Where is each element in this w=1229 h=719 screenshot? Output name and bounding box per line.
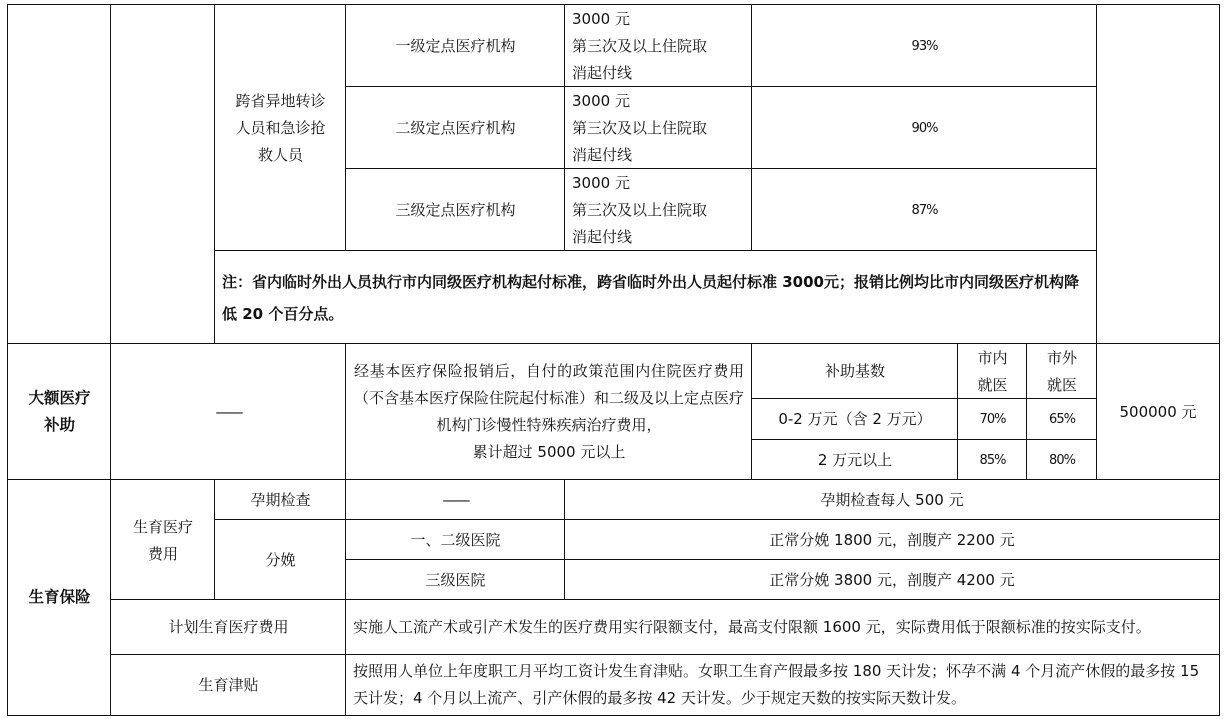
ratio-level-3: 87% [751, 168, 1098, 252]
institution-level-3: 三级定点医疗机构 [345, 168, 566, 252]
institution-level-1: 一级定点医疗机构 [345, 4, 566, 88]
base-row-2: 2 万元以上 [751, 439, 959, 481]
delivery-level-2: 三级医院 [345, 559, 566, 601]
limit-cell-empty [1096, 4, 1220, 345]
family-planning-value: 实施人工流产术或引产术发生的医疗费用实行限额支付，最高支付限额 1600 元，实… [345, 599, 1220, 656]
institution-level-2: 二级定点医疗机构 [345, 86, 566, 170]
delivery-label: 分娩 [214, 519, 347, 601]
in-city-row-1: 70% [957, 398, 1028, 441]
major-medical-sub: —— [110, 343, 347, 481]
note-cell: 注：省内临时外出人员执行市内同级医疗机构起付标准，跨省临时外出人员起付标准 30… [214, 250, 1098, 345]
prenatal-value: 孕期检查每人 500 元 [564, 479, 1220, 521]
base-header: 补助基数 [751, 343, 959, 400]
delivery-value-2: 正常分娩 3800 元，剖腹产 4200 元 [564, 559, 1220, 601]
delivery-value-1: 正常分娩 1800 元，剖腹产 2200 元 [564, 519, 1220, 561]
allowance-value: 按照用人单位上年度职工月平均工资计发生育津贴。女职工生育产假最多按 180 天计… [345, 654, 1220, 716]
threshold-level-1: 3000 元 第三次及以上住院取 消起付线 [564, 4, 753, 88]
base-row-1: 0-2 万元（含 2 万元） [751, 398, 959, 441]
ratio-level-1: 93% [751, 4, 1098, 88]
threshold-level-2: 3000 元 第三次及以上住院取 消起付线 [564, 86, 753, 170]
threshold-level-3: 3000 元 第三次及以上住院取 消起付线 [564, 168, 753, 252]
out-city-header: 市外 就医 [1026, 343, 1098, 400]
allowance-label: 生育津贴 [110, 654, 347, 716]
out-city-row-1: 65% [1026, 398, 1098, 441]
maternity-medical-cost-label: 生育医疗 费用 [110, 479, 216, 601]
delivery-level-1: 一、二级医院 [345, 519, 566, 561]
prenatal-level: —— [345, 479, 566, 521]
major-medical-condition-text: 经基本医疗保险报销后，自付的政策范围内住院医疗费用（不含基本医疗保险住院起付标准… [354, 358, 744, 466]
in-city-row-2: 85% [957, 439, 1028, 481]
major-medical-category: 大额医疗 补助 [7, 343, 112, 481]
family-planning-label: 计划生育医疗费用 [110, 599, 347, 656]
ratio-level-2: 90% [751, 86, 1098, 170]
category-cell-empty [7, 4, 112, 345]
major-medical-limit: 500000 元 [1096, 343, 1220, 481]
out-city-row-2: 80% [1026, 439, 1098, 481]
major-medical-condition: 经基本医疗保险报销后，自付的政策范围内住院医疗费用（不含基本医疗保险住院起付标准… [345, 343, 753, 481]
maternity-category: 生育保险 [7, 479, 112, 716]
in-city-header: 市内 就医 [957, 343, 1028, 400]
cross-province-group-label: 跨省异地转诊 人员和急诊抢 救人员 [214, 4, 347, 252]
prenatal-label: 孕期检查 [214, 479, 347, 521]
subcategory-cell-empty [110, 4, 216, 345]
